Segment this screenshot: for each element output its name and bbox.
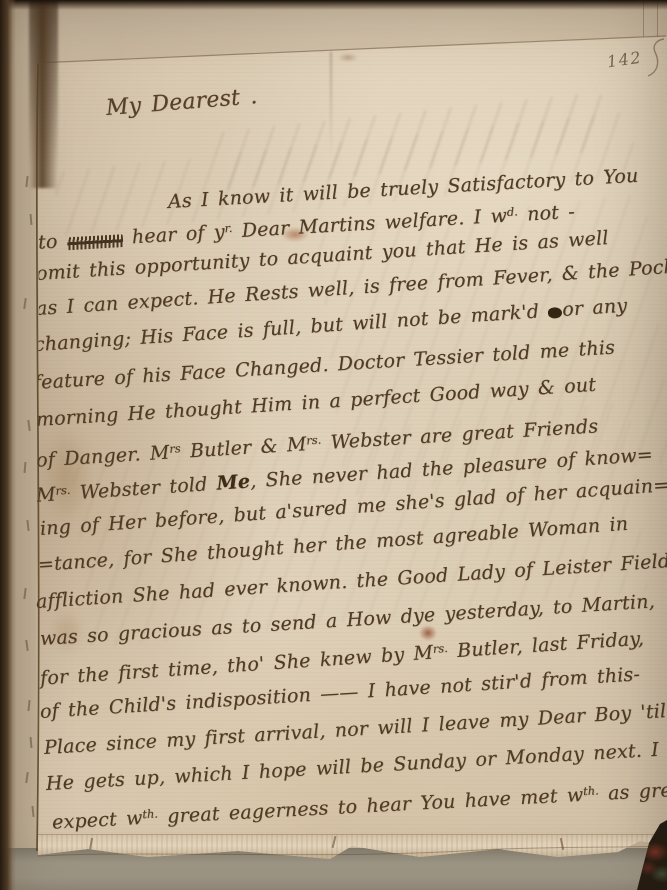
paper-crease: [330, 52, 332, 156]
letter-text-segment: rs.: [55, 483, 71, 498]
letter-text-segment: rs.: [306, 433, 322, 448]
letter-text-segment: d.: [506, 204, 518, 219]
letter-text-segment: not -: [517, 201, 575, 226]
book-gutter-edge: [0, 0, 16, 890]
crossed-out-word: [67, 234, 124, 250]
letter-text-segment: hear of y: [122, 221, 225, 249]
letter-text-segment: rs.: [432, 641, 448, 656]
letter-text-segment: great eagerness to hear You have met w: [157, 784, 583, 828]
fold-shadow: [29, 0, 58, 188]
letter-text-segment: Me: [216, 470, 251, 494]
letter-sheet: 142 My Dearest . As I know it will be tr…: [0, 0, 667, 890]
letter-text-segment: Butler, last Friday,: [447, 628, 644, 663]
letter-text-segment: M: [35, 483, 56, 506]
letter-text-segment: to: [37, 230, 67, 254]
foxing-stain: [42, 425, 92, 525]
page-top-shadow: [0, 0, 667, 10]
letter-text-segment: th.: [142, 806, 158, 821]
ink-blot-correction: n: [548, 307, 563, 319]
foxing-stain: [338, 53, 358, 62]
letter-text-segment: rs: [169, 441, 181, 456]
letter-text-segment: expect w: [51, 807, 143, 834]
manuscript-photo: 142 My Dearest . As I know it will be tr…: [0, 0, 667, 890]
folio-number: 142: [606, 48, 643, 72]
salutation: My Dearest .: [105, 84, 258, 121]
letter-text-segment: as great: [598, 778, 667, 805]
letter-text-segment: or any: [562, 295, 628, 321]
letter-text-segment: th.: [583, 783, 599, 798]
